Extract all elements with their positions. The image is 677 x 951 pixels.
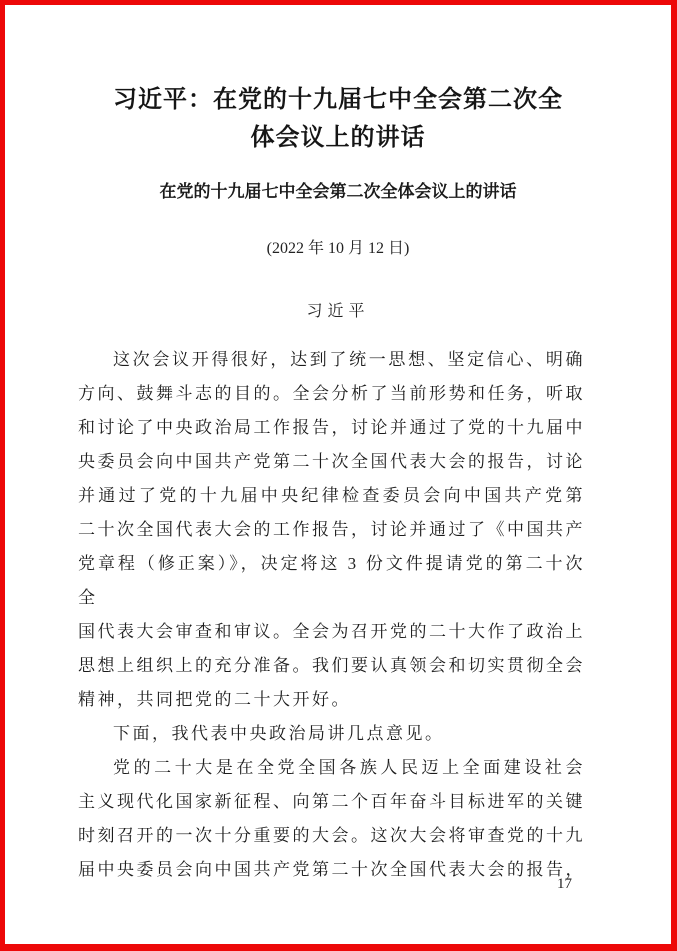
document-title-line-1: 习近平：在党的十九届七中全会第二次全 (5, 81, 671, 119)
body-line: 思想上组织上的充分准备。我们要认真领会和切实贯彻全会 (78, 649, 585, 683)
body-line: 主义现代化国家新征程、向第二个百年奋斗目标进军的关键 (78, 785, 585, 819)
body-line: 国代表大会审查和审议。全会为召开党的二十大作了政治上 (78, 615, 585, 649)
body-line: 下面，我代表中央政治局讲几点意见。 (78, 717, 585, 751)
paragraph-3: 党的二十大是在全党全国各族人民迈上全面建设社会 主义现代化国家新征程、向第二个百… (78, 751, 585, 887)
body-line: 央委员会向中国共产党第二十次全国代表大会的报告，讨论 (78, 445, 585, 479)
document-date: (2022 年 10 月 12 日) (5, 239, 671, 259)
body-line: 和讨论了中央政治局工作报告，讨论并通过了党的十九届中 (78, 411, 585, 445)
body-line: 届中央委员会向中国共产党第二十次全国代表大会的报告， (78, 853, 585, 887)
paragraph-2: 下面，我代表中央政治局讲几点意见。 (78, 717, 585, 751)
body-line: 二十次全国代表大会的工作报告，讨论并通过了《中国共产 (78, 513, 585, 547)
document-title-line-2: 体会议上的讲话 (5, 119, 671, 157)
document-author: 习近平 (5, 301, 671, 323)
document-title: 习近平：在党的十九届七中全会第二次全 体会议上的讲话 (5, 81, 671, 157)
body-line: 党的二十大是在全党全国各族人民迈上全面建设社会 (78, 751, 585, 785)
body-line: 时刻召开的一次十分重要的大会。这次大会将审查党的十九 (78, 819, 585, 853)
document-page: 习近平：在党的十九届七中全会第二次全 体会议上的讲话 在党的十九届七中全会第二次… (0, 0, 677, 951)
document-subtitle: 在党的十九届七中全会第二次全体会议上的讲话 (5, 182, 671, 202)
body-line: 党章程（修正案）》，决定将这 3 份文件提请党的第二十次全 (78, 547, 585, 615)
body-line: 精神，共同把党的二十大开好。 (78, 683, 585, 717)
body-line: 这次会议开得很好，达到了统一思想、坚定信心、明确 (78, 343, 585, 377)
document-body: 这次会议开得很好，达到了统一思想、坚定信心、明确 方向、鼓舞斗志的目的。全会分析… (78, 343, 585, 887)
body-line: 方向、鼓舞斗志的目的。全会分析了当前形势和任务，听取 (78, 377, 585, 411)
paragraph-1: 这次会议开得很好，达到了统一思想、坚定信心、明确 方向、鼓舞斗志的目的。全会分析… (78, 343, 585, 717)
body-line: 并通过了党的十九届中央纪律检查委员会向中国共产党第 (78, 479, 585, 513)
page-number: 17 (557, 874, 572, 894)
